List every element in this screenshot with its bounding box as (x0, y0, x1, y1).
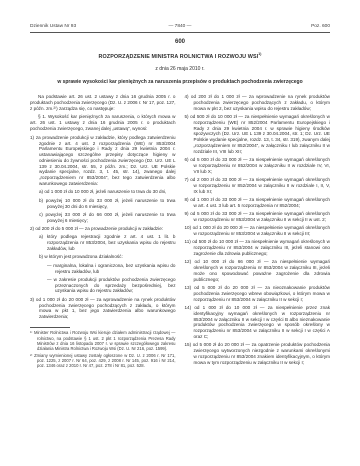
act-subject: w sprawie wysokości kar pieniężnych za n… (30, 79, 330, 85)
list-item-2a: a) który podlega rejestracji zgodnie z a… (39, 234, 176, 251)
running-header: Dziennik Ustaw Nr 93 — 7840 — Poz. 600 (30, 24, 330, 33)
body-columns: Na podstawie art. 26 ust. 2 ustawy z dni… (30, 94, 330, 370)
list-item-11: 11) od 500 zł do 10 000 zł — za niespełn… (185, 239, 331, 256)
list-item-6: 6) od 5 000 zł do 33 000 zł — za niespeł… (185, 157, 331, 174)
list-item-2: 2) od 200 zł do 5 000 zł — za prowadzeni… (30, 226, 176, 232)
list-item-13: 13) od 5 000 zł do 20 000 zł — za nieozn… (185, 285, 331, 302)
right-column: 4) od 200 zł do 1 000 zł — za wprowadzen… (185, 94, 331, 370)
list-item-8: 8) od 1 000 zł do 33 000 zł — za niespeł… (185, 197, 331, 209)
list-item-12: 12) od 10 000 zł do 66 000 zł — za niesp… (185, 259, 331, 282)
document-page: Dziennik Ustaw Nr 93 — 7840 — Poz. 600 6… (0, 0, 360, 466)
list-item-7: 7) od 2 000 zł do 33 000 zł — za niespeł… (185, 177, 331, 194)
list-item-2b-dash-1: — marginalna, lokalna i ograniczona, bez… (47, 263, 176, 275)
footnote-2: ²⁾ Zmiany wymienionej ustawy zostały ogł… (30, 353, 176, 369)
left-column: Na podstawie art. 26 ust. 2 ustawy z dni… (30, 94, 176, 370)
list-item-1a: a) od 1 000 zł do 10 000 zł, jeżeli naru… (39, 189, 176, 195)
footnote-ref-1: 1) (258, 52, 261, 56)
list-item-14: 14) od 1 000 zł do 10 000 zł — za niespe… (185, 305, 331, 340)
act-date: z dnia 26 maja 2010 r. (30, 66, 330, 72)
position-number: Poz. 600 (230, 24, 330, 30)
list-item-15: 15) od 5 000 zł do 20 000 zł — za opatrz… (185, 342, 331, 365)
list-item-5: 5) od 500 zł do 10 000 zł — za niespełni… (185, 114, 331, 154)
list-item-9: 9) od 5 000 zł do 33 000 zł — za niespeł… (185, 211, 331, 223)
intro-paragraph: Na podstawie art. 26 ust. 2 ustawy z dni… (30, 94, 176, 111)
list-item-3: 3) od 1 000 zł do 20 000 zł — za wprowad… (30, 297, 176, 320)
act-title: ROZPORZĄDZENIE MINISTRA ROLNICTWA I ROZW… (30, 52, 330, 60)
footnote-1: ¹⁾ Minister Rolnictwa i Rozwoju Wsi kier… (30, 330, 176, 351)
page-number: — 7840 — (130, 24, 230, 30)
act-title-text: ROZPORZĄDZENIE MINISTRA ROLNICTWA I ROZW… (99, 54, 259, 60)
act-number: 600 (30, 39, 330, 45)
list-item-1: 1) za prowadzenie produkcji w zakładzie,… (30, 135, 176, 187)
journal-name: Dziennik Ustaw Nr 93 (30, 24, 130, 30)
list-item-4: 4) od 200 zł do 1 000 zł — za wprowadzen… (185, 94, 331, 111)
list-item-2b: b) w którym jest prowadzona działalność: (39, 254, 176, 260)
list-item-1b: b) powyżej 10 000 zł do 33 000 zł, jeżel… (39, 198, 176, 210)
list-item-1c: c) powyżej 33 000 zł do 66 000 zł, jeżel… (39, 212, 176, 224)
section-1-lead: § 1. Wysokość kar pieniężnych za narusze… (30, 114, 176, 131)
list-item-10: 10) od 1 000 zł do 20 000 zł — za niespe… (185, 225, 331, 237)
footnote-divider (30, 327, 70, 328)
list-item-2b-dash-2: — w zakresie produkcji produktów pochodz… (47, 277, 176, 294)
